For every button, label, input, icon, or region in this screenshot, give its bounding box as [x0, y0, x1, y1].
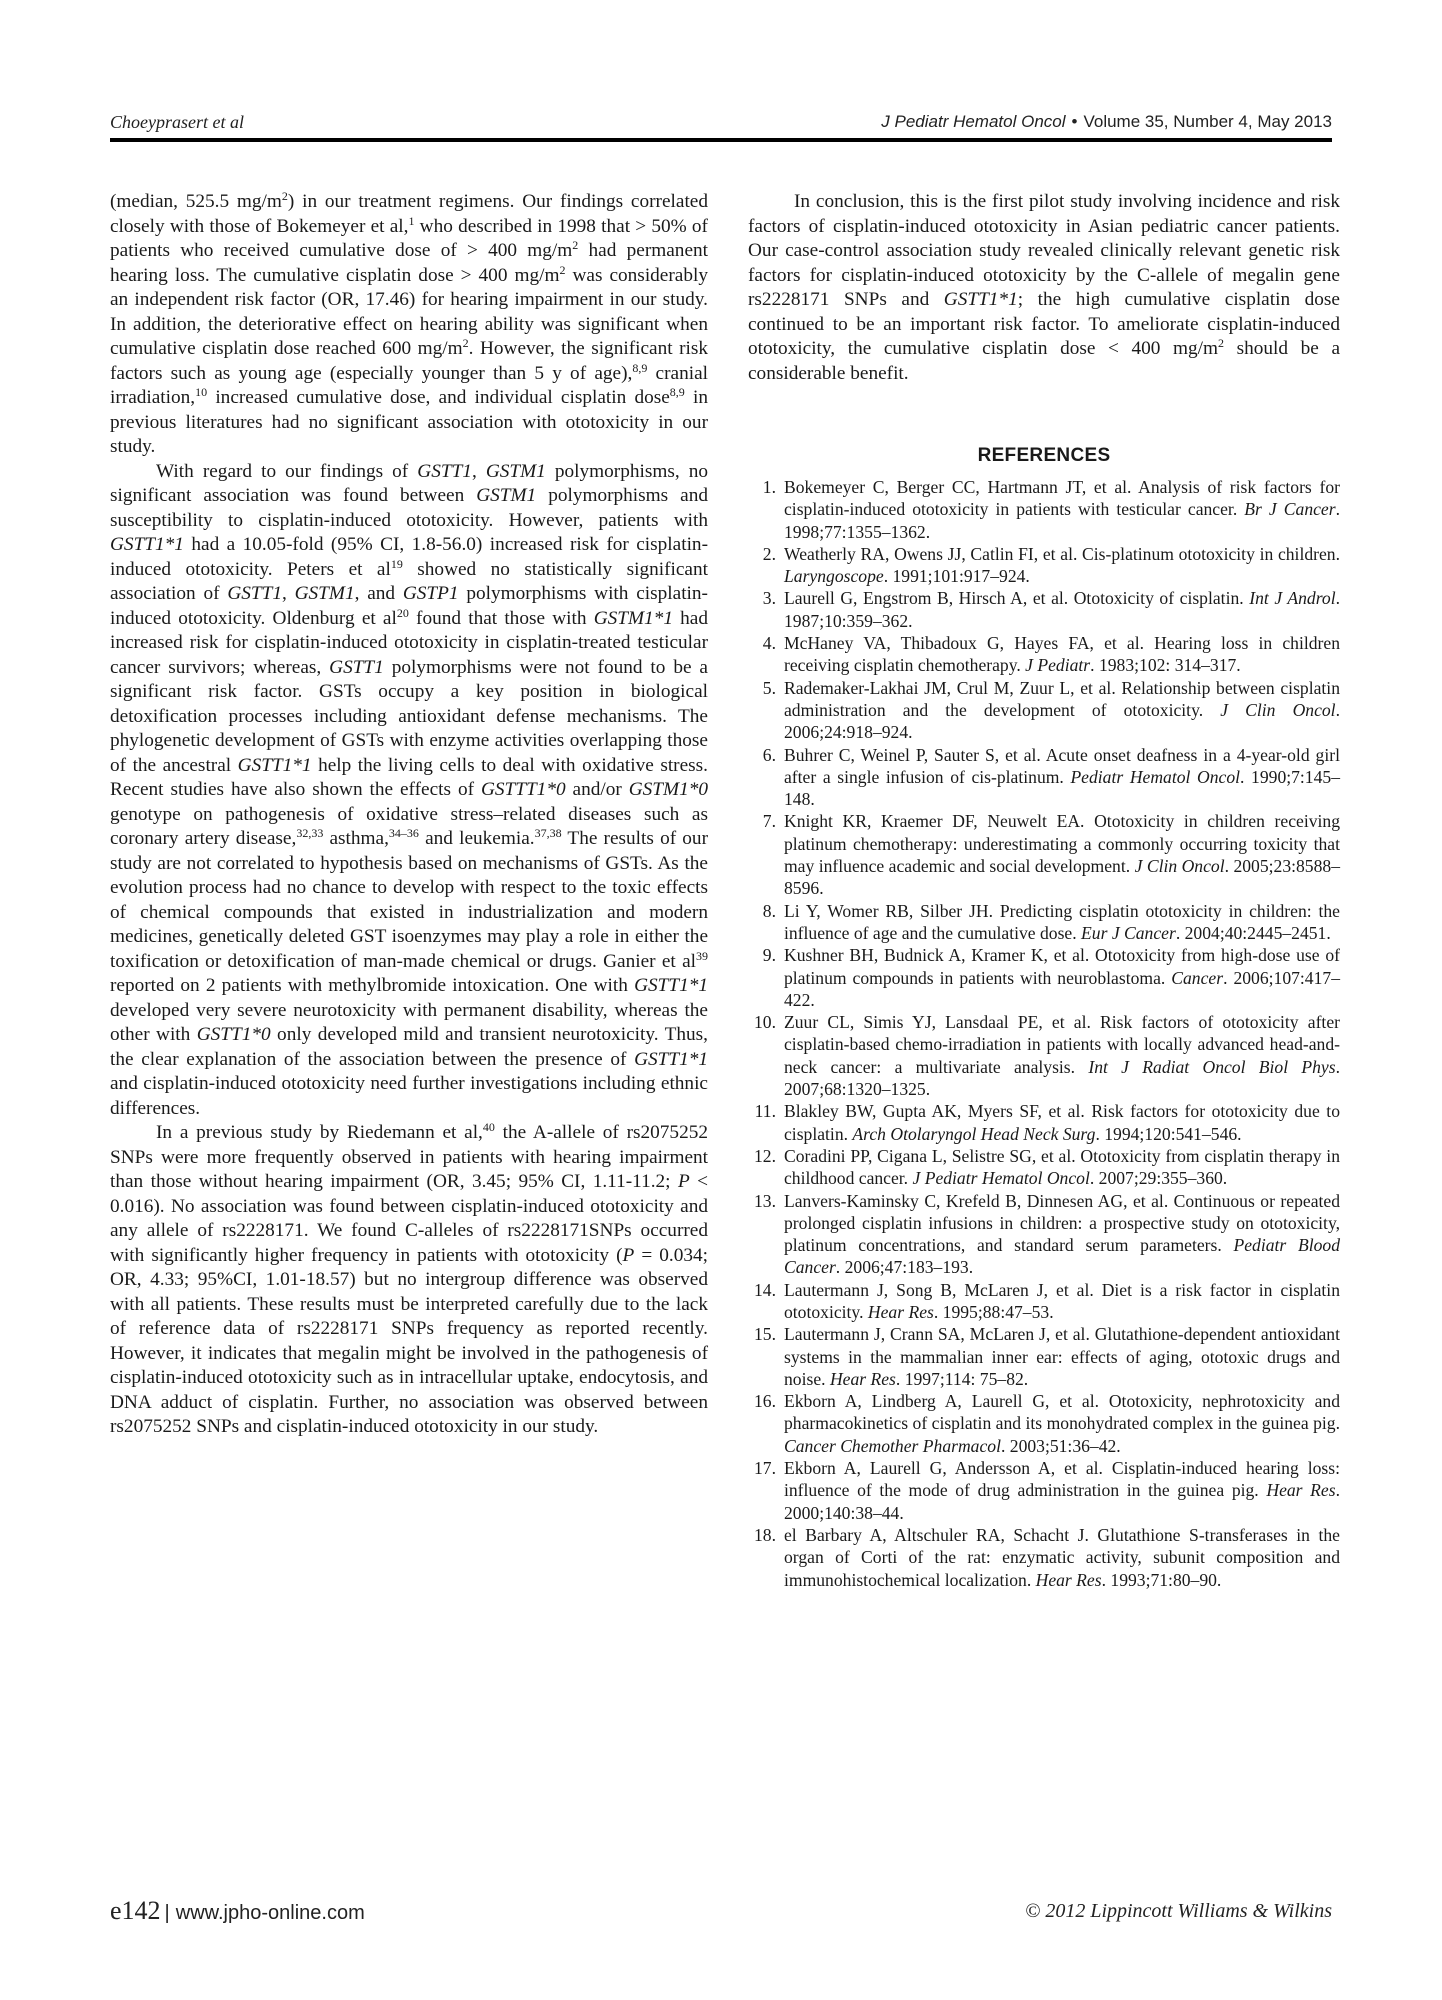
- gene-name: GSTT1*1: [238, 755, 312, 776]
- gene-name: GSTM1: [486, 461, 546, 482]
- reference-journal: Pediatr Hematol Oncol: [1070, 767, 1240, 787]
- citation-superscript: 34–36: [389, 826, 419, 840]
- footer-separator: |: [165, 1902, 170, 1925]
- p-value-symbol: P: [678, 1171, 690, 1192]
- reference-citation: . 2007;29:355–360.: [1090, 1168, 1227, 1188]
- reference-journal: Br J Cancer: [1244, 499, 1335, 519]
- reference-number: 18.: [748, 1524, 776, 1546]
- reference-journal: J Pediatr: [1025, 655, 1090, 675]
- citation-superscript: 10: [195, 385, 207, 399]
- text-run: reported on 2 patients with methylbromid…: [110, 975, 634, 996]
- running-head: Choeyprasert et al J Pediatr Hematol Onc…: [110, 112, 1332, 138]
- p-value-symbol: P: [623, 1245, 635, 1266]
- gene-name: GSTTT1*0: [481, 779, 566, 800]
- reference-number: 3.: [748, 587, 776, 609]
- running-head-journal-info: J Pediatr Hematol Oncol•Volume 35, Numbe…: [881, 112, 1332, 132]
- reference-item: 10.Zuur CL, Simis YJ, Lansdaal PE, et al…: [748, 1011, 1340, 1100]
- reference-number: 13.: [748, 1190, 776, 1212]
- reference-item: 9.Kushner BH, Budnick A, Kramer K, et al…: [748, 944, 1340, 1011]
- text-run: (median, 525.5 mg/m: [110, 191, 282, 212]
- conclusion-paragraph: In conclusion, this is the first pilot s…: [748, 190, 1340, 386]
- right-column: In conclusion, this is the first pilot s…: [748, 190, 1340, 1591]
- reference-number: 16.: [748, 1390, 776, 1412]
- issue-info: Volume 35, Number 4, May 2013: [1083, 112, 1332, 131]
- gene-name: GSTM1: [476, 485, 536, 506]
- reference-number: 14.: [748, 1279, 776, 1301]
- citation-superscript: 39: [696, 949, 708, 963]
- journal-website: www.jpho-online.com: [176, 1902, 365, 1925]
- text-run: With regard to our findings of: [156, 461, 417, 482]
- left-column: (median, 525.5 mg/m2) in our treatment r…: [110, 190, 708, 1440]
- header-rule: [110, 138, 1332, 142]
- gene-name: GSTT1: [329, 657, 384, 678]
- gene-name: GSTT1*1: [634, 1049, 708, 1070]
- gene-name: GSTT1*1: [944, 289, 1018, 310]
- reference-list: 1.Bokemeyer C, Berger CC, Hartmann JT, e…: [748, 476, 1340, 1591]
- reference-journal: Cancer Chemother Pharmacol: [784, 1436, 1001, 1456]
- journal-name: J Pediatr Hematol Oncol: [881, 112, 1065, 131]
- reference-item: 16.Ekborn A, Lindberg A, Laurell G, et a…: [748, 1390, 1340, 1457]
- running-head-authors: Choeyprasert et al: [110, 112, 244, 133]
- reference-item: 2.Weatherly RA, Owens JJ, Catlin FI, et …: [748, 543, 1340, 588]
- reference-item: 6.Buhrer C, Weinel P, Sauter S, et al. A…: [748, 744, 1340, 811]
- gene-name: GSTT1: [417, 461, 472, 482]
- bullet-separator: •: [1072, 112, 1078, 131]
- reference-journal: Int J Radiat Oncol Biol Phys: [1088, 1057, 1335, 1077]
- gene-name: GSTT1*1: [634, 975, 708, 996]
- gene-name: GSTM1*0: [629, 779, 708, 800]
- reference-number: 10.: [748, 1011, 776, 1033]
- reference-text: Laurell G, Engstrom B, Hirsch A, et al. …: [784, 588, 1249, 608]
- citation-superscript: 32,33: [296, 826, 323, 840]
- reference-item: 7.Knight KR, Kraemer DF, Neuwelt EA. Oto…: [748, 810, 1340, 899]
- text-run: and cisplatin-induced ototoxicity need f…: [110, 1073, 708, 1119]
- reference-item: 17.Ekborn A, Laurell G, Andersson A, et …: [748, 1457, 1340, 1524]
- reference-number: 11.: [748, 1100, 776, 1122]
- reference-citation: . 1983;102: 314–317.: [1090, 655, 1241, 675]
- text-run: In a previous study by Riedemann et al,: [156, 1122, 483, 1143]
- reference-citation: . 1991;101:917–924.: [884, 566, 1030, 586]
- text-run: increased cumulative dose, and individua…: [207, 387, 670, 408]
- reference-citation: . 1993;71:80–90.: [1102, 1570, 1222, 1590]
- reference-item: 8.Li Y, Womer RB, Silber JH. Predicting …: [748, 900, 1340, 945]
- reference-journal: J Clin Oncol: [1220, 700, 1335, 720]
- reference-journal: Eur J Cancer: [1081, 923, 1176, 943]
- text-run: ,: [472, 461, 486, 482]
- reference-citation: . 2003;51:36–42.: [1001, 1436, 1121, 1456]
- reference-number: 1.: [748, 476, 776, 498]
- footer-page-info: e142 | www.jpho-online.com: [110, 1896, 365, 1926]
- reference-citation: . 1997;114: 75–82.: [896, 1369, 1028, 1389]
- reference-item: 13.Lanvers-Kaminsky C, Krefeld B, Dinnes…: [748, 1190, 1340, 1279]
- text-run: and/or: [566, 779, 629, 800]
- text-run: , and: [355, 583, 403, 604]
- reference-item: 3.Laurell G, Engstrom B, Hirsch A, et al…: [748, 587, 1340, 632]
- citation-superscript: 19: [391, 557, 403, 571]
- reference-citation: . 1994;120:541–546.: [1095, 1124, 1241, 1144]
- page-number: e142: [110, 1896, 161, 1926]
- reference-item: 12.Coradini PP, Cigana L, Selistre SG, e…: [748, 1145, 1340, 1190]
- reference-text: Weatherly RA, Owens JJ, Catlin FI, et al…: [784, 544, 1340, 564]
- reference-number: 9.: [748, 944, 776, 966]
- text-run: found that those with: [409, 608, 594, 629]
- reference-journal: Arch Otolaryngol Head Neck Surg: [852, 1124, 1095, 1144]
- reference-citation: . 2004;40:2445–2451.: [1176, 923, 1331, 943]
- citation-superscript: 20: [397, 606, 409, 620]
- citation-superscript: 37,38: [535, 826, 562, 840]
- citation-superscript: 8,9: [670, 385, 685, 399]
- reference-item: 11.Blakley BW, Gupta AK, Myers SF, et al…: [748, 1100, 1340, 1145]
- reference-journal: Laryngoscope: [784, 566, 884, 586]
- discussion-paragraph-gst: With regard to our findings of GSTT1, GS…: [110, 460, 708, 1122]
- reference-citation: . 1995;88:47–53.: [934, 1302, 1054, 1322]
- reference-journal: Cancer: [1171, 968, 1223, 988]
- gene-name: GSTT1*1: [110, 534, 184, 555]
- reference-number: 15.: [748, 1323, 776, 1345]
- reference-journal: Hear Res: [868, 1302, 934, 1322]
- gene-name: GSTM1: [295, 583, 355, 604]
- reference-number: 7.: [748, 810, 776, 832]
- gene-name: GSTT1: [227, 583, 282, 604]
- gene-name: GSTM1*1: [594, 608, 673, 629]
- reference-item: 1.Bokemeyer C, Berger CC, Hartmann JT, e…: [748, 476, 1340, 543]
- gene-name: GSTP1: [403, 583, 459, 604]
- text-run: The results of our study are not correla…: [110, 828, 708, 972]
- reference-journal: J Pediatr Hematol Oncol: [912, 1168, 1089, 1188]
- reference-number: 6.: [748, 744, 776, 766]
- references-heading: REFERENCES: [748, 444, 1340, 468]
- reference-citation: . 2006;47:183–193.: [836, 1257, 973, 1277]
- reference-journal: Hear Res: [1036, 1570, 1102, 1590]
- reference-number: 4.: [748, 632, 776, 654]
- reference-number: 2.: [748, 543, 776, 565]
- reference-number: 17.: [748, 1457, 776, 1479]
- discussion-paragraph-dose: (median, 525.5 mg/m2) in our treatment r…: [110, 190, 708, 460]
- text-run: = 0.034; OR, 4.33; 95%CI, 1.01-18.57) bu…: [110, 1245, 708, 1438]
- reference-number: 8.: [748, 900, 776, 922]
- citation-superscript: 40: [483, 1120, 495, 1134]
- text-run: ,: [282, 583, 295, 604]
- discussion-paragraph-megalin: In a previous study by Riedemann et al,4…: [110, 1121, 708, 1440]
- text-run: and leukemia.: [419, 828, 535, 849]
- reference-text: Ekborn A, Laurell G, Andersson A, et al.…: [784, 1458, 1340, 1500]
- reference-journal: Hear Res: [830, 1369, 896, 1389]
- reference-item: 14.Lautermann J, Song B, McLaren J, et a…: [748, 1279, 1340, 1324]
- reference-text: Ekborn A, Lindberg A, Laurell G, et al. …: [784, 1391, 1340, 1433]
- reference-number: 5.: [748, 677, 776, 699]
- reference-item: 4.McHaney VA, Thibadoux G, Hayes FA, et …: [748, 632, 1340, 677]
- citation-superscript: 8,9: [632, 361, 647, 375]
- reference-number: 12.: [748, 1145, 776, 1167]
- reference-journal: J Clin Oncol: [1135, 856, 1225, 876]
- text-run: asthma,: [323, 828, 389, 849]
- reference-journal: Hear Res: [1266, 1480, 1335, 1500]
- reference-item: 5.Rademaker-Lakhai JM, Crul M, Zuur L, e…: [748, 677, 1340, 744]
- reference-item: 15.Lautermann J, Crann SA, McLaren J, et…: [748, 1323, 1340, 1390]
- reference-journal: Int J Androl: [1249, 588, 1335, 608]
- gene-name: GSTT1*0: [197, 1024, 271, 1045]
- copyright-notice: © 2012 Lippincott Williams & Wilkins: [1025, 1900, 1332, 1923]
- reference-item: 18.el Barbary A, Altschuler RA, Schacht …: [748, 1524, 1340, 1591]
